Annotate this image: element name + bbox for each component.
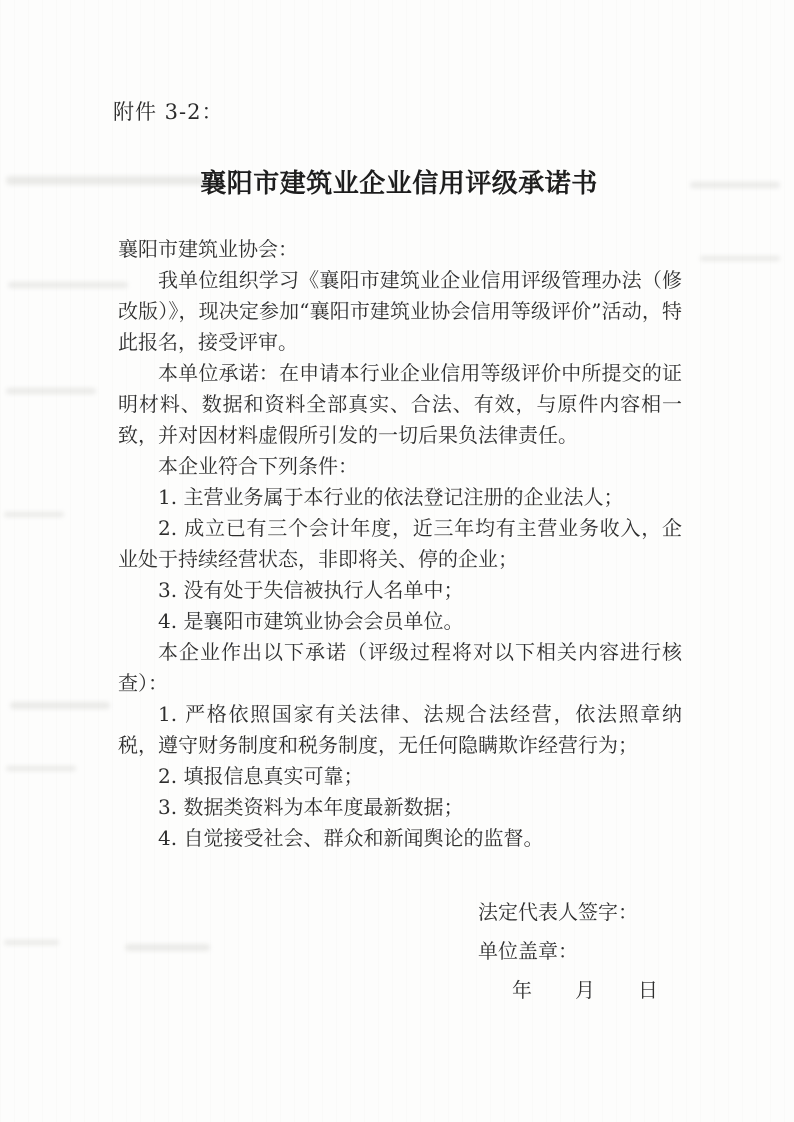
promise-item-2: 2. 填报信息真实可靠； [118,761,682,792]
scan-smudge [125,944,210,951]
scan-smudge [700,256,780,261]
condition-item-1: 1. 主营业务属于本行业的依法登记注册的企业法人； [118,482,682,513]
condition-item-3: 3. 没有处于失信被执行人名单中； [118,575,682,606]
scan-smudge [6,766,76,771]
condition-item-4: 4. 是襄阳市建筑业协会会员单位。 [118,606,682,637]
paragraph-intro: 我单位组织学习《襄阳市建筑业企业信用评级管理办法（修改版）》，现决定参加“襄阳市… [118,265,682,358]
condition-item-2: 2. 成立已有三个会计年度，近三年均有主营业务收入，企业处于持续经营状态，非即将… [118,513,682,575]
paragraph-promises-heading: 本企业作出以下承诺（评级过程将对以下相关内容进行核查）： [118,637,682,699]
document-title: 襄阳市建筑业企业信用评级承诺书 [118,163,680,200]
legal-representative-signature-label: 法定代表人签字： [478,893,659,932]
promise-item-1: 1. 严格依照国家有关法律、法规合法经营，依法照章纳税，遵守财务制度和税务制度，… [118,699,682,761]
scan-smudge [4,512,64,517]
promise-item-3: 3. 数据类资料为本年度最新数据； [118,792,682,823]
date-line: 年 月 日 [478,971,659,1010]
scan-smudge [690,182,780,188]
scan-smudge [10,702,110,709]
scanned-document-page: { "document": { "attachment_label": "附件 … [0,0,794,1122]
scan-smudge [4,940,59,945]
unit-seal-label: 单位盖章： [478,932,659,971]
document-body: 襄阳市建筑业协会： 我单位组织学习《襄阳市建筑业企业信用评级管理办法（修改版）》… [118,234,682,854]
scan-smudge [8,282,128,288]
signature-block: 法定代表人签字： 单位盖章： 年 月 日 [478,893,659,1010]
attachment-label: 附件 3-2： [113,96,224,126]
promise-item-4: 4. 自觉接受社会、群众和新闻舆论的监督。 [118,823,682,854]
paragraph-commitment: 本单位承诺：在申请本行业企业信用等级评价中所提交的证明材料、数据和资料全部真实、… [118,358,682,451]
paragraph-conditions-heading: 本企业符合下列条件： [118,451,682,482]
scan-smudge [6,388,96,394]
salutation: 襄阳市建筑业协会： [118,234,682,265]
